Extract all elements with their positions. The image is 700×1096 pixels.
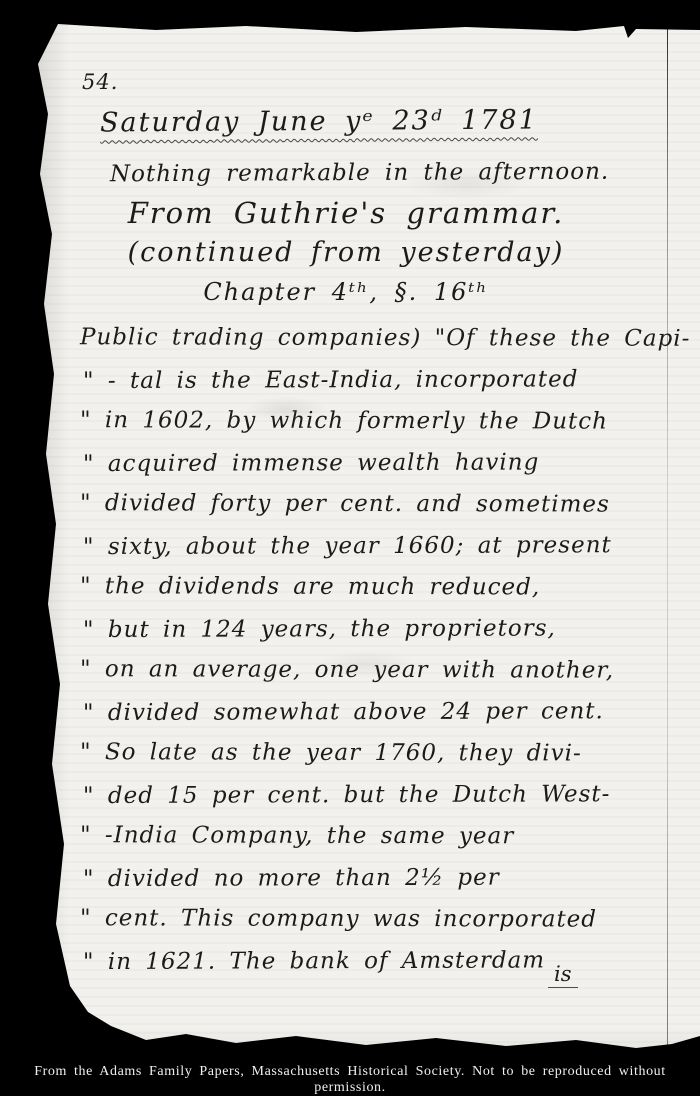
catchword: is (548, 962, 578, 988)
body-line: " in 1621. The bank of Amsterdam (83, 939, 694, 983)
body-line: " in 1602, by which formerly the Dutch (80, 400, 691, 443)
body-line: " the dividends are much reduced, (80, 566, 691, 609)
date-heading: Saturday June yᵉ 23ᵈ 1781 (100, 104, 538, 138)
body-line: " So late as the year 1760, they divi- (80, 732, 691, 775)
body-line: " divided somewhat above 24 per cent. (83, 690, 694, 734)
body-line: " - tal is the East-India, incorporated (83, 358, 694, 402)
body-line: " on an average, one year with another, (80, 649, 691, 692)
manuscript-page: 54. Saturday June yᵉ 23ᵈ 1781 Nothing re… (36, 24, 700, 1054)
body-line: " divided no more than 2½ per (83, 856, 694, 900)
diary-entry-line: Nothing remarkable in the afternoon. (110, 159, 609, 188)
body-line: " acquired immense wealth having (83, 441, 694, 485)
body-line: " sixty, about the year 1660; at present (83, 524, 694, 568)
manuscript-body: Public trading companies) "Of these the … (80, 318, 690, 982)
body-line: Public trading companies) "Of these the … (80, 317, 691, 360)
body-line: " -India Company, the same year (80, 815, 691, 858)
body-line: " divided forty per cent. and sometimes (80, 483, 691, 526)
continuation-note: (continued from yesterday) (36, 237, 656, 268)
page-number: 54. (82, 70, 118, 94)
source-title-line: From Guthrie's grammar. (36, 196, 656, 230)
body-line: " but in 124 years, the proprietors, (83, 607, 694, 651)
archive-credit-caption: From the Adams Family Papers, Massachuse… (0, 1064, 700, 1096)
body-line: " ded 15 per cent. but the Dutch West- (83, 773, 694, 817)
body-line: " cent. This company was incorporated (80, 898, 691, 941)
manuscript-scan: 54. Saturday June yᵉ 23ᵈ 1781 Nothing re… (0, 0, 700, 1096)
chapter-heading: Chapter 4ᵗʰ, §. 16ᵗʰ (36, 278, 656, 306)
